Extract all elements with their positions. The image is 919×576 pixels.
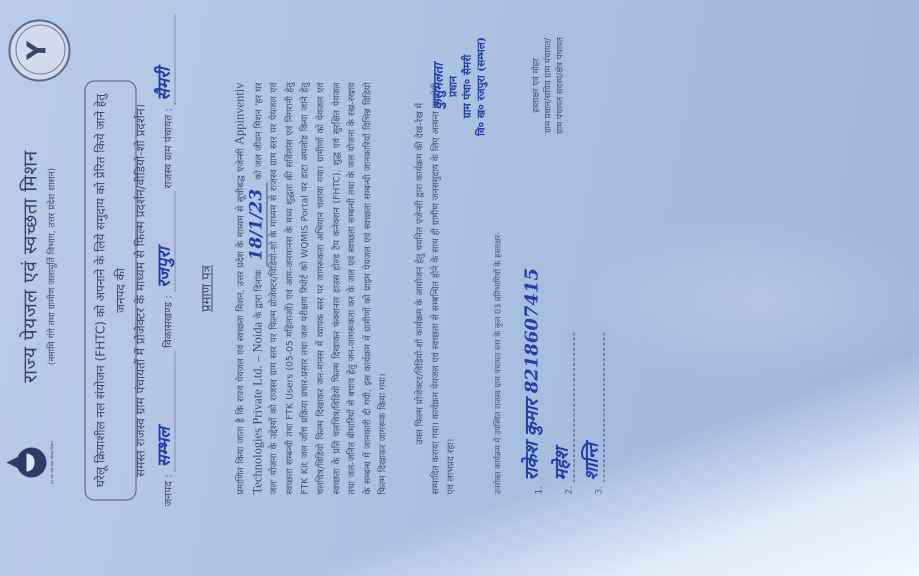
participant-number: 3. — [594, 485, 604, 494]
district-label: जनपद : — [161, 474, 175, 506]
seal-emblem: Y — [22, 21, 52, 79]
district-field: सम्भल — [158, 351, 175, 471]
certificate-document: हर घर जल जल जीवन मिशन राज्य पेयजल एवं स्… — [0, 0, 919, 576]
district-value: सम्भल — [151, 427, 174, 467]
caption-line-3: ग्राम पंचायत सदस्य/क्षेत्र पंचायत — [554, 10, 566, 160]
stamp-village: ग्राम पंचा० सैमरी — [460, 26, 474, 146]
participant-row: 3. शान्ति — [578, 164, 608, 494]
program-date: 18/1/23 — [246, 182, 267, 266]
participants-list: 1. राकेश कुमार 8218607415 2. महेश 3. शान… — [518, 164, 608, 494]
caption-line-1: हस्ताक्षर एवं मोहर — [530, 10, 542, 160]
participant-signature: शान्ति — [579, 443, 603, 480]
caption-line-2: ग्राम प्रधान/सचिव ग्राम पंचायत/ — [542, 10, 554, 160]
participant-number: 2. — [564, 485, 574, 494]
mission-title: राज्य पेयजल एवं स्वच्छता मिशन — [16, 116, 42, 416]
water-drop-logo-icon — [16, 447, 46, 477]
block-field: रजपुरा — [158, 191, 175, 291]
signature-caption: हस्ताक्षर एवं मोहर ग्राम प्रधान/सचिव ग्र… — [530, 10, 566, 160]
jal-jeevan-mission-logo: हर घर जल जल जीवन मिशन — [16, 440, 72, 484]
body-date-label: के द्वारा दिनांक — [253, 269, 264, 318]
pradhan-stamp: कुसुमलता प्रधान ग्राम पंचा० सैमरी वि० ख०… — [432, 26, 488, 146]
body-intro: प्रमाणित किया जाता है कि राज्य पेयजल एवं… — [235, 148, 246, 494]
logo-caption: हर घर जल जल जीवन मिशन — [49, 440, 54, 484]
location-fields: जनपद : सम्भल विकासखण्ड : रजपुरा राजस्व ग… — [158, 6, 175, 506]
certificate-title: प्रमाण पत्र — [196, 238, 214, 338]
notice-box: घरेलू क्रियाशील नल संयोजन (FHTC) को अपना… — [84, 80, 136, 500]
notice-line-2: समस्त राजस्व ग्राम पंचायतों में प्रोजेक्… — [130, 91, 150, 489]
mission-subtitle: (नमामि गंगे तथा ग्रामीण जलापूर्ति विभाग,… — [44, 106, 57, 426]
block-label: विकासखण्ड : — [161, 295, 175, 348]
government-seal-icon: Y — [8, 19, 70, 81]
participant-signature: राकेश कुमार 8218607415 — [519, 268, 543, 480]
block-value: रजपुरा — [151, 247, 174, 288]
panchayat-field: सैमरी — [158, 14, 175, 104]
panchayat-label: राजस्व ग्राम पंचायत : — [161, 107, 175, 188]
participant-row: 2. महेश — [548, 164, 578, 494]
pradhan-role: प्रधान — [446, 26, 460, 146]
participants-note: उपरोक्त कार्यक्रम में उपस्थित राजस्व ग्र… — [492, 194, 504, 494]
certificate-body: प्रमाणित किया जाता है कि राज्य पेयजल एवं… — [232, 82, 391, 494]
pradhan-signature: कुसुमलता — [432, 26, 446, 146]
participant-number: 1. — [534, 485, 544, 494]
participant-row: 1. राकेश कुमार 8218607415 — [518, 164, 548, 494]
participant-signature: महेश — [549, 447, 573, 480]
stamp-block: वि० ख० रजपुरा (सम्भल) — [474, 26, 488, 146]
body-main: को जल जीवन मिशन 'हर घर जल' योजना के उद्द… — [253, 82, 389, 494]
panchayat-value: सैमरी — [151, 67, 174, 100]
notice-line-1: घरेलू क्रियाशील नल संयोजन (FHTC) को अपना… — [90, 91, 130, 489]
